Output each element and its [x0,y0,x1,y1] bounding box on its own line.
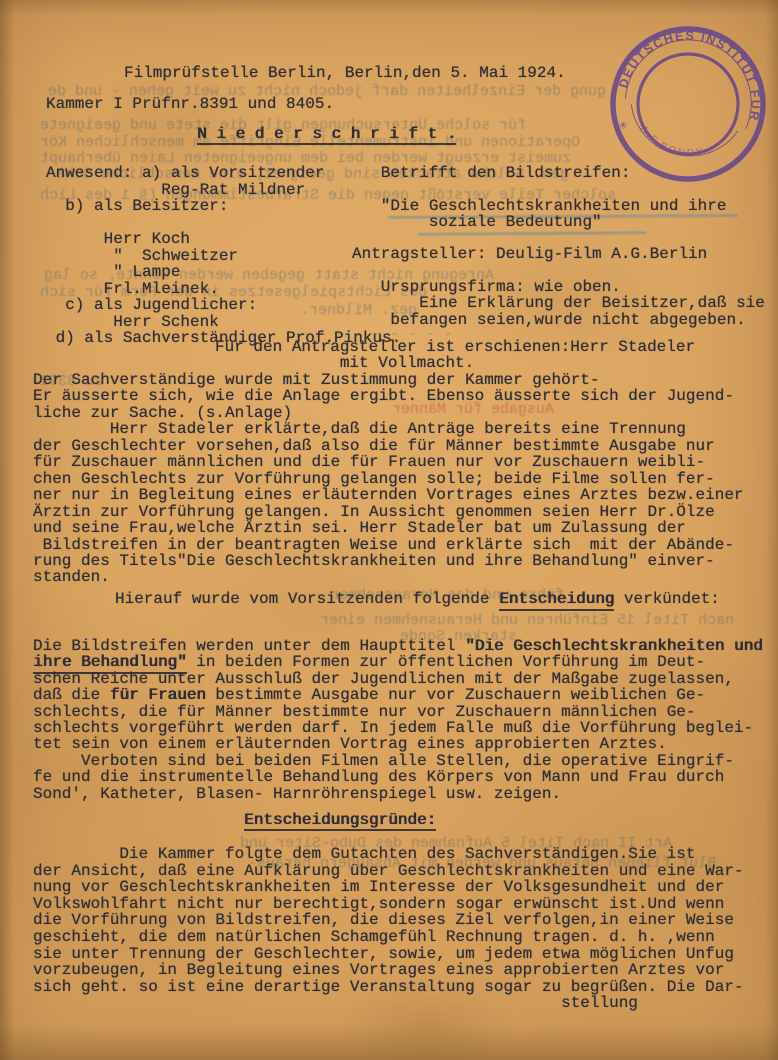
institute-stamp: DEUTSCHES INSTITUT FÜR A.F.BONDY ✳ [606,22,770,186]
appearance-note: Für den Antragsteller ist erschienen:Her… [215,339,695,371]
attendees-list: Anwesend: a) als Vorsitzender Reg-Rat Mi… [46,165,401,347]
bleedthrough-text: nach Titel 15 Einführen und Herausnehmen… [320,613,734,628]
stamp-outer-ring [606,22,770,186]
reasons-paragraph: Die Kammer folgte dem Gutachten des Sach… [33,846,744,1012]
verdict-post: verkündet: [614,590,720,608]
decision-for-women: für Frauen [110,686,206,704]
verdict-pre: Hierauf wurde vom Vorsitzenden folgende [115,590,499,608]
subject-block: Betrifft den Bildstreifen: "Die Geschlec… [352,165,765,328]
decision-text: bestimmte Ausgabe nur vor Zuschauern wei… [33,686,753,802]
verdict-line: Hierauf wurde vom Vorsitzenden folgende … [115,591,720,607]
document-page: gung der Einzelheiten darf jedoch nicht … [0,0,778,1060]
decision-paragraph: Die Bildstreifen werden unter dem Hauptt… [33,638,763,802]
hearing-paragraph: Der Sachverständige wurde mit Zustimmung… [33,372,744,586]
stamp-inner-ring [627,43,748,164]
reasons-heading: Entscheidungsgründe: [244,812,436,831]
verdict-emphasis: Entscheidung [499,590,614,611]
letterhead-line: Filmprüfstelle Berlin, Berlin,den 5. Mai… [124,65,566,81]
case-number-line: Kammer I Prüfnr.8391 und 8405. [46,96,334,112]
stamp-bottom-text: A.F.BONDY [633,122,710,164]
stamp-star-icon: ✳ [617,117,630,135]
document-title: N i e d e r s c h r i f t . [197,126,456,145]
